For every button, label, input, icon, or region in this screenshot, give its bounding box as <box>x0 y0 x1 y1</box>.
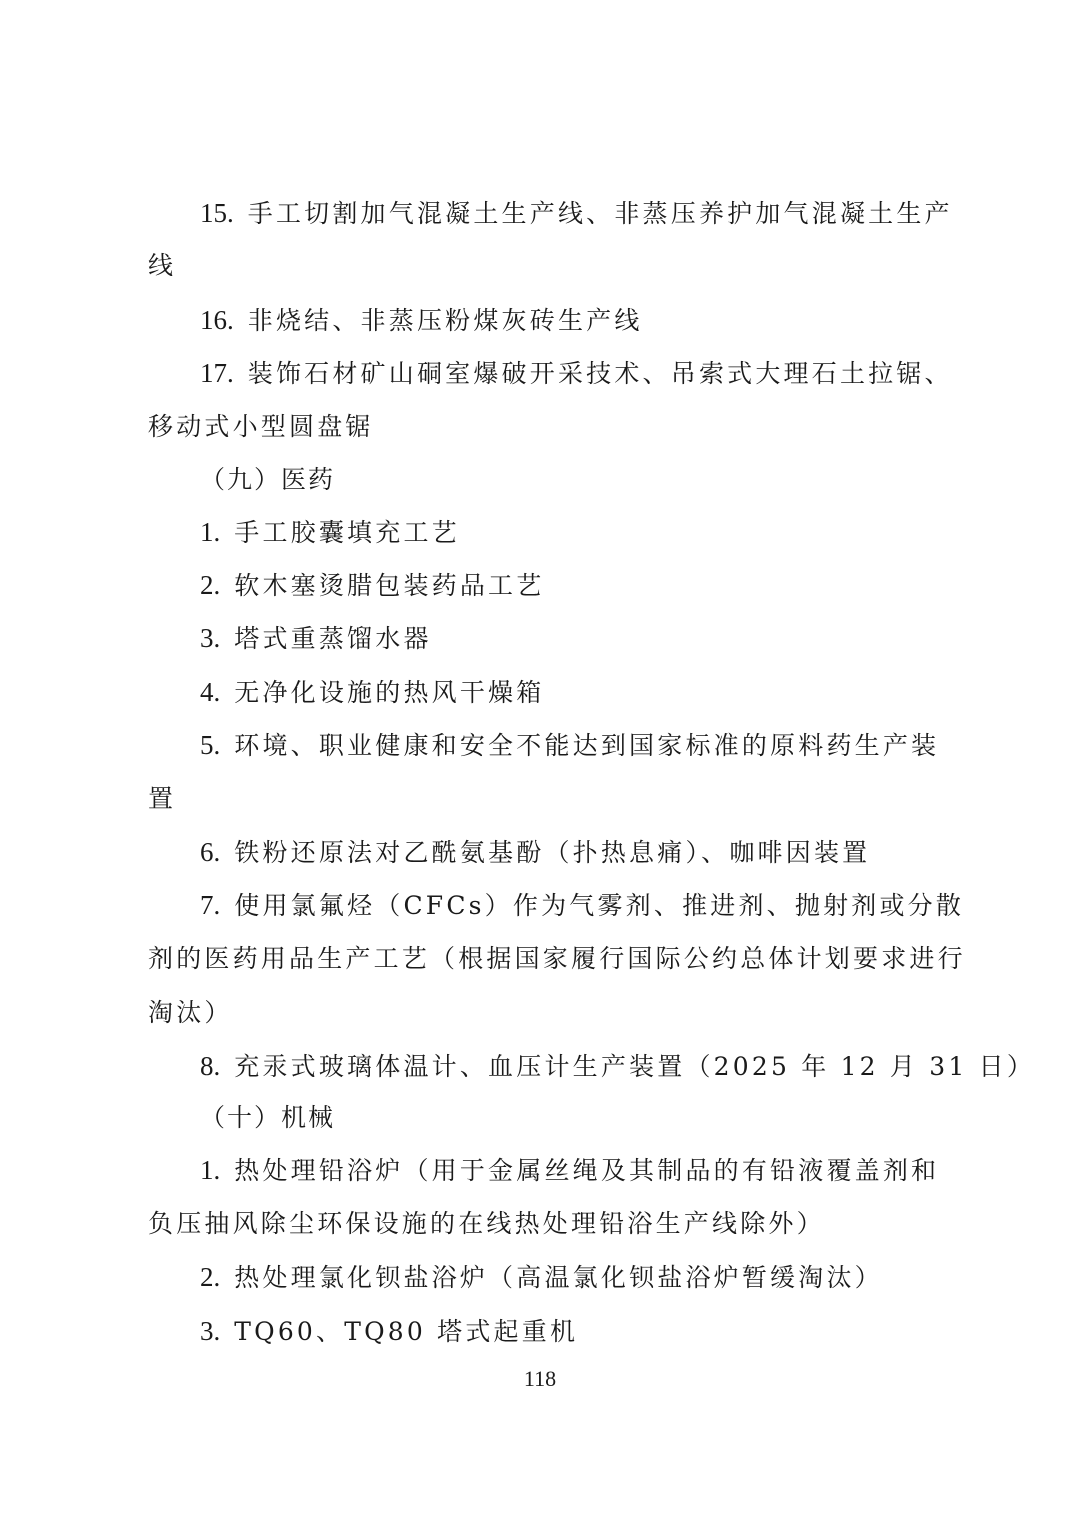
list-item-continuation: 移动式小型圆盘锯 <box>148 400 934 453</box>
item-number: 3. <box>200 1316 220 1346</box>
item-number: 16. <box>200 305 234 335</box>
item-text: 热处理铅浴炉（用于金属丝绳及其制品的有铅液覆盖剂和 <box>234 1156 939 1185</box>
item-number: 4. <box>200 677 220 707</box>
item-text: 环境、职业健康和安全不能达到国家标准的原料药生产装 <box>234 731 939 760</box>
item-text: 手工切割加气混凝土生产线、非蒸压养护加气混凝土生产 <box>248 199 953 228</box>
item-number: 5. <box>200 730 220 760</box>
item-text: 剂的医药用品生产工艺（根据国家履行国际公约总体计划要求进行 <box>148 944 966 973</box>
item-number: 2. <box>200 1262 220 1292</box>
item-text: 充汞式玻璃体温计、血压计生产装置（2025 年 12 月 31 日） <box>234 1052 1035 1081</box>
item-number: 3. <box>200 623 220 653</box>
list-item-continuation: 线 <box>148 239 934 292</box>
list-item: 6.铁粉还原法对乙酰氨基酚（扑热息痛）、咖啡因装置 <box>200 826 934 879</box>
list-item: 8.充汞式玻璃体温计、血压计生产装置（2025 年 12 月 31 日） <box>200 1040 934 1093</box>
item-text: 非烧结、非蒸压粉煤灰砖生产线 <box>248 306 643 335</box>
item-text: 热处理氯化钡盐浴炉（高温氯化钡盐浴炉暂缓淘汰） <box>234 1263 883 1292</box>
list-item: 2.软木塞烫腊包装药品工艺 <box>200 559 934 612</box>
list-item: 7.使用氯氟烃（CFCs）作为气雾剂、推进剂、抛射剂或分散 <box>200 879 934 932</box>
item-text: 负压抽风除尘环保设施的在线热处理铅浴生产线除外） <box>148 1209 825 1238</box>
item-text: 线 <box>148 251 176 280</box>
item-number: 15. <box>200 198 234 228</box>
item-text: 无净化设施的热风干燥箱 <box>234 678 544 707</box>
list-item: 5.环境、职业健康和安全不能达到国家标准的原料药生产装 <box>200 719 934 772</box>
list-item: 3.TQ60、TQ80 塔式起重机 <box>200 1305 934 1358</box>
item-text: （九）医药 <box>200 465 335 494</box>
list-item: 4.无净化设施的热风干燥箱 <box>200 666 934 719</box>
page-number: 118 <box>0 1366 1080 1392</box>
item-text: TQ60、TQ80 塔式起重机 <box>234 1317 578 1346</box>
list-item: 16.非烧结、非蒸压粉煤灰砖生产线 <box>200 294 934 347</box>
item-text: 塔式重蒸馏水器 <box>234 624 431 653</box>
item-text: 置 <box>148 784 176 813</box>
list-item-continuation: 剂的医药用品生产工艺（根据国家履行国际公约总体计划要求进行 <box>148 932 934 985</box>
list-item: 1.手工胶囊填充工艺 <box>200 506 934 559</box>
item-text: 铁粉还原法对乙酰氨基酚（扑热息痛）、咖啡因装置 <box>234 838 870 867</box>
section-heading: （九）医药 <box>200 453 986 506</box>
item-text: 使用氯氟烃（CFCs）作为气雾剂、推进剂、抛射剂或分散 <box>234 891 964 920</box>
list-item: 15.手工切割加气混凝土生产线、非蒸压养护加气混凝土生产 <box>200 187 934 240</box>
list-item: 1.热处理铅浴炉（用于金属丝绳及其制品的有铅液覆盖剂和 <box>200 1144 934 1197</box>
item-number: 6. <box>200 837 220 867</box>
item-number: 8. <box>200 1051 220 1081</box>
list-item-continuation: 负压抽风除尘环保设施的在线热处理铅浴生产线除外） <box>148 1197 934 1250</box>
list-item: 17.装饰石材矿山硐室爆破开采技术、吊索式大理石土拉锯、 <box>200 347 934 400</box>
item-number: 2. <box>200 570 220 600</box>
item-text: 软木塞烫腊包装药品工艺 <box>234 571 544 600</box>
list-item: 2.热处理氯化钡盐浴炉（高温氯化钡盐浴炉暂缓淘汰） <box>200 1251 934 1304</box>
item-number: 7. <box>200 890 220 920</box>
document-page: 15.手工切割加气混凝土生产线、非蒸压养护加气混凝土生产线16.非烧结、非蒸压粉… <box>0 0 1080 1527</box>
item-text: 手工胶囊填充工艺 <box>234 518 460 547</box>
item-text: 移动式小型圆盘锯 <box>148 412 374 441</box>
item-text: 淘汰） <box>148 998 233 1027</box>
item-text: 装饰石材矿山硐室爆破开采技术、吊索式大理石土拉锯、 <box>248 359 953 388</box>
list-item: 3.塔式重蒸馏水器 <box>200 612 934 665</box>
item-number: 1. <box>200 1155 220 1185</box>
list-item-continuation: 置 <box>148 772 934 825</box>
list-item-continuation: 淘汰） <box>148 986 934 1039</box>
section-heading: （十）机械 <box>200 1091 986 1144</box>
item-number: 1. <box>200 517 220 547</box>
item-number: 17. <box>200 358 234 388</box>
item-text: （十）机械 <box>200 1103 335 1132</box>
